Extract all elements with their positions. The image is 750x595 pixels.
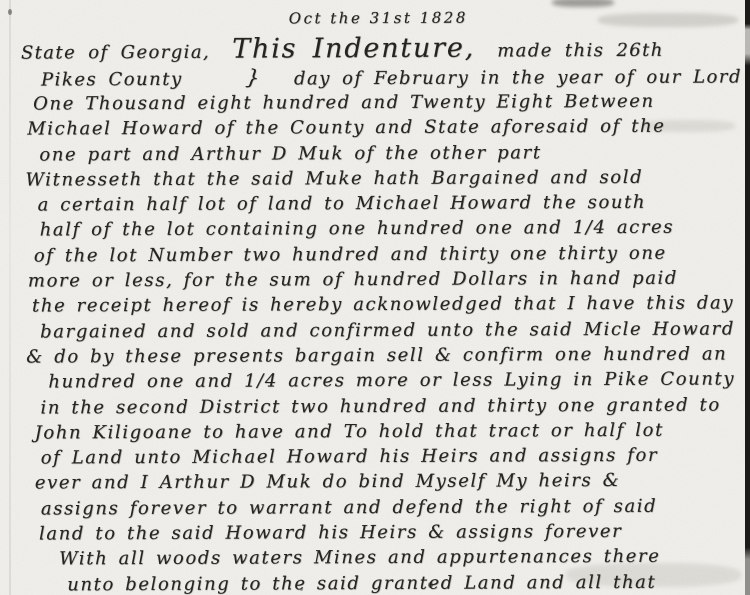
deed-line: land to the said Howard his Heirs & assi… (39, 518, 739, 546)
county-heading: Pikes County (41, 69, 183, 91)
deed-line: a certain half lot of land to Michael Ho… (38, 190, 738, 218)
deed-line: John Kiligoane to have and To hold that … (35, 417, 739, 445)
deed-line: hundred one and 1/4 acres more or less L… (48, 367, 738, 395)
deed-line: of Land unto Michael Howard his Heirs an… (41, 443, 739, 471)
deed-line: unto belonging to the said granted Land … (67, 569, 739, 595)
deed-line: Witnesseth that the said Muke hath Barga… (25, 164, 737, 192)
deed-line: Michael Howard of the County and State a… (27, 114, 737, 142)
deed-line: more or less, for the sum of hundred Dol… (28, 266, 738, 294)
county-line: Pikes County } day of February in the ye… (21, 63, 737, 91)
handwritten-text-block: Oct the 31st 1828 State of Georgia, This… (21, 3, 740, 595)
made-this-date: made this 26th (497, 40, 664, 62)
indenture-title: This Indenture, (232, 33, 475, 65)
deed-line: of the lot Number two hundred and thirty… (34, 240, 738, 268)
deed-line: One Thousand eight hundred and Twenty Ei… (33, 88, 737, 116)
deed-line: the receipt hereof is hereby acknowledge… (32, 291, 738, 319)
deed-line: With all woods waters Mines and appurten… (59, 544, 739, 572)
deed-line: in the second District two hundred and t… (40, 392, 738, 420)
deed-line: bargained and sold and confirmed unto th… (40, 316, 738, 344)
scan-edge-bar (745, 0, 750, 595)
deed-line: ever and I Arthur D Muk do bind Myself M… (35, 468, 739, 496)
deed-line: & do by these presents bargain sell & co… (26, 341, 738, 369)
page-fold-line (9, 0, 11, 595)
date-continuation: day of February in the year of our Lord (294, 66, 742, 89)
deed-body: One Thousand eight hundred and Twenty Ei… (21, 88, 739, 595)
deed-line: half of the lot containing one hundred o… (40, 215, 738, 243)
deed-line: one part and Arthur D Muk of the other p… (39, 139, 737, 167)
header-date: Oct the 31st 1828 (21, 3, 737, 33)
brace-mark: } (244, 65, 262, 92)
state-heading: State of Georgia, (21, 42, 210, 64)
scanned-deed-page: Oct the 31st 1828 State of Georgia, This… (0, 0, 750, 595)
deed-opening-line: State of Georgia, This Indenture, made t… (21, 30, 737, 66)
deed-line: assigns forever to warrant and defend th… (41, 493, 739, 521)
